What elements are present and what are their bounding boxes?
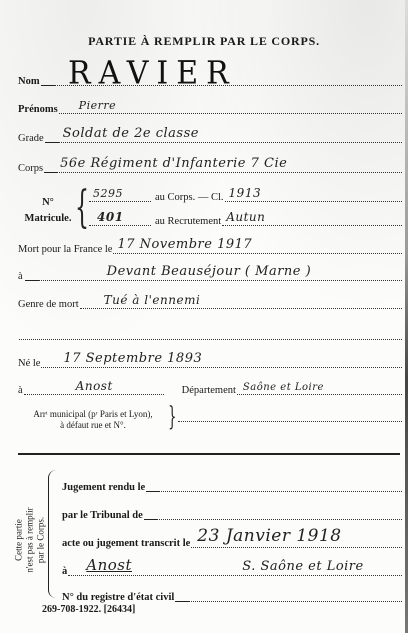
value-matricule-corps: 5295 xyxy=(93,187,123,200)
value-transcrit: 23 Janvier 1918 xyxy=(197,526,341,546)
label-au-recrutement: au Recrutement xyxy=(155,216,221,228)
document-title: PARTIE À REMPLIR PAR LE CORPS. xyxy=(0,34,408,49)
value-lieu-mort: Devant Beauséjour ( Marne ) xyxy=(107,264,312,279)
label-registre: N° du registre d'état civil xyxy=(62,592,174,604)
dotted-line xyxy=(146,490,402,492)
value-grade: Soldat de 2e classe xyxy=(63,126,199,141)
value-matricule-recrutement: 401 xyxy=(97,210,124,224)
value-lieu-naissance: Anost xyxy=(76,379,113,393)
label-transcrit: acte ou jugement transcrit le xyxy=(62,538,190,550)
label-corps: Corps xyxy=(18,163,43,175)
dotted-line: 17 Septembre 1893 xyxy=(41,366,402,368)
dotted-line: 23 Janvier 1918 xyxy=(191,546,402,548)
field-transcrit: acte ou jugement transcrit le 23 Janvier… xyxy=(62,530,402,550)
label-lieu-mort: à xyxy=(18,271,23,283)
field-prenoms: Prénoms Pierre xyxy=(18,96,402,116)
field-tribunal: par le Tribunal de xyxy=(62,502,402,522)
label-arrondissement: Arrᵗ municipal (pʳ Paris et Lyon), à déf… xyxy=(18,409,168,431)
value-lieu-transcription: Anost xyxy=(86,556,132,574)
value-recrutement-place: Autun xyxy=(226,210,265,224)
value-mort: 17 Novembre 1917 xyxy=(117,237,252,252)
dotted-line: Devant Beauséjour ( Marne ) xyxy=(25,279,402,281)
field-grade: Grade Soldat de 2e classe xyxy=(18,125,402,145)
value-nom: RAVIER xyxy=(68,55,237,92)
label-departement: Département xyxy=(182,385,236,397)
label-matricule: N° Matricule. xyxy=(15,195,81,227)
label-lieu-transcription: à xyxy=(62,566,67,578)
label-genre-mort: Genre de mort xyxy=(18,299,79,311)
value-genre-mort: Tué à l'ennemi xyxy=(104,293,201,307)
dotted-line xyxy=(178,421,402,422)
field-matricule-corps: 5295 au Corps. — Cl. 1913 xyxy=(88,184,402,204)
dotted-line: Pierre xyxy=(59,112,402,114)
dotted-line: Autun xyxy=(222,224,402,226)
field-corps: Corps 56e Régiment d'Infanterie 7 Cie xyxy=(18,155,402,175)
dotted-line: 17 Novembre 1917 xyxy=(113,252,402,254)
field-matricule-recrutement: 401 au Recrutement Autun xyxy=(88,208,402,228)
field-lieu-naissance: à Anost Département Saône et Loire xyxy=(18,377,402,397)
label-grade: Grade xyxy=(18,133,44,145)
dotted-line: Tué à l'ennemi xyxy=(80,307,402,309)
brace: } xyxy=(168,404,176,430)
label-tribunal: par le Tribunal de xyxy=(62,510,143,522)
dotted-line: Soldat de 2e classe xyxy=(45,141,402,143)
field-mort: Mort pour la France le 17 Novembre 1917 xyxy=(18,236,402,256)
field-registre: N° du registre d'état civil xyxy=(62,584,402,604)
value-corps: 56e Régiment d'Infanterie 7 Cie xyxy=(60,156,287,171)
dotted-line: 56e Régiment d'Infanterie 7 Cie xyxy=(44,171,402,173)
value-lieu-transcription-dept: S. Saône et Loire xyxy=(242,559,363,574)
value-departement: Saône et Loire xyxy=(243,382,324,393)
label-nom: Nom xyxy=(18,76,40,88)
dotted-line: Anost S. Saône et Loire xyxy=(68,574,402,576)
value-ne-le: 17 Septembre 1893 xyxy=(63,351,202,366)
brace: { xyxy=(75,186,89,230)
dotted-line: 1913 xyxy=(225,200,402,202)
dotted-line xyxy=(144,518,402,520)
value-classe: 1913 xyxy=(229,186,262,200)
field-ne-le: Né le 17 Septembre 1893 xyxy=(18,350,402,370)
label-ne-le: Né le xyxy=(18,358,40,370)
dotted-line: Anost xyxy=(24,393,164,395)
dotted-line: Saône et Loire xyxy=(237,393,402,395)
label-jugement: Jugement rendu le xyxy=(62,482,145,494)
field-lieu-transcription: à Anost S. Saône et Loire xyxy=(62,558,402,578)
document-page: PARTIE À REMPLIR PAR LE CORPS. Nom RAVIE… xyxy=(0,0,408,633)
brace xyxy=(48,470,57,598)
field-lieu-mort: à Devant Beauséjour ( Marne ) xyxy=(18,263,402,283)
label-au-corps: au Corps. — Cl. xyxy=(155,192,224,204)
label-mort: Mort pour la France le xyxy=(18,244,112,256)
label-prenoms: Prénoms xyxy=(18,104,58,116)
value-prenoms: Pierre xyxy=(79,99,116,112)
print-reference: 269-708-1922. [26434] xyxy=(42,604,135,615)
section-divider xyxy=(18,453,400,455)
dotted-line xyxy=(175,600,402,602)
dotted-line: 401 xyxy=(89,224,151,226)
label-lieu-naissance: à xyxy=(18,385,23,397)
dotted-line xyxy=(19,338,402,340)
field-genre-mort: Genre de mort Tué à l'ennemi xyxy=(18,291,402,311)
field-jugement: Jugement rendu le xyxy=(62,474,402,494)
field-blank xyxy=(18,322,402,342)
dotted-line: 5295 xyxy=(89,200,151,202)
